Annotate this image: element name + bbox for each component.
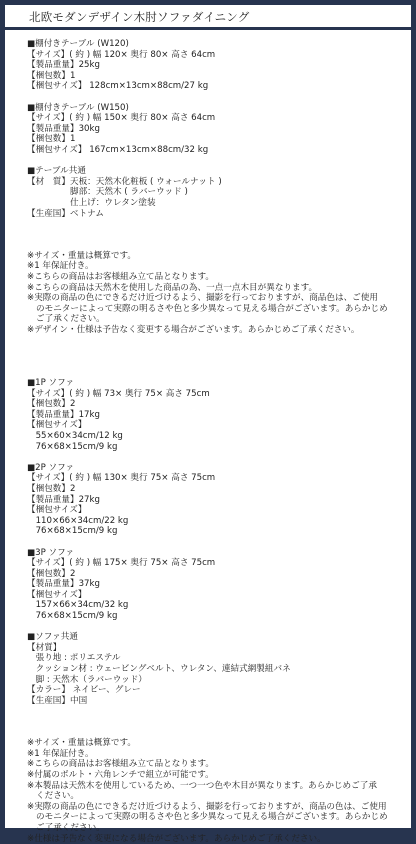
spec-packages: 【梱包数】2: [27, 399, 399, 410]
spec-weight: 【製品重量】25kg: [27, 60, 399, 71]
section-table-w150: ■棚付きテーブル (W150) 【サイズ】( 約 ) 幅 150× 奥行 80×…: [27, 103, 399, 156]
table-notes: ※サイズ・重量は概算です。 ※1 年保証付き。 ※こちらの商品はお客様組み立て品…: [27, 251, 399, 336]
spec-weight: 【製品重量】17kg: [27, 410, 399, 421]
spacer: [27, 219, 399, 240]
spec-package-size-label: 【梱包サイズ】: [27, 505, 399, 516]
spec-content: ■棚付きテーブル (W120) 【サイズ】( 約 ) 幅 120× 奥行 80×…: [27, 39, 399, 832]
spec-packages: 【梱包数】2: [27, 484, 399, 495]
spec-packages: 【梱包数】1: [27, 134, 399, 145]
spec-size: 【サイズ】( 約 ) 幅 150× 奥行 80× 高さ 64cm: [27, 113, 399, 124]
spacer: [27, 336, 399, 357]
spec-weight: 【製品重量】37kg: [27, 579, 399, 590]
spacer: [27, 622, 399, 633]
note: ※1 年保証付き。: [27, 261, 399, 272]
spacer: [27, 537, 399, 548]
note: ※付属のボルト・六角レンチで組立が可能です。: [27, 770, 399, 781]
note: ※実際の商品の色にできるだけ近づけるよう、撮影を行っておりますが、商品色は、ご使…: [27, 293, 399, 304]
spacer: [27, 728, 399, 739]
section-table-w120: ■棚付きテーブル (W120) 【サイズ】( 約 ) 幅 120× 奥行 80×…: [27, 39, 399, 92]
spec-packages: 【梱包数】2: [27, 569, 399, 580]
section-sofa-1p: ■1P ソファ 【サイズ】( 約 ) 幅 73× 奥行 75× 高さ 75cm …: [27, 378, 399, 452]
spacer: [27, 240, 399, 251]
note-continued: ご了承ください。: [27, 314, 399, 325]
spec-package-1: 110×66×34cm/22 kg: [27, 516, 399, 527]
spec-package-size: 【梱包サイズ】 128cm×13cm×88cm/27 kg: [27, 81, 399, 92]
spacer: [27, 706, 399, 727]
spacer: [27, 92, 399, 103]
section-heading: ■棚付きテーブル (W150): [27, 103, 399, 114]
note: ※本製品は天然木を使用しているため、一つ一つ色や木目が異なります。あらかじめご了…: [27, 781, 399, 792]
section-heading: ■ソファ共通: [27, 632, 399, 643]
spec-material-label: 【材質】: [27, 643, 399, 654]
section-sofa-2p: ■2P ソファ 【サイズ】( 約 ) 幅 130× 奥行 75× 高さ 75cm…: [27, 463, 399, 537]
note: ※サイズ・重量は概算です。: [27, 251, 399, 262]
spec-package-1: 157×66×34cm/32 kg: [27, 600, 399, 611]
note: ※1 年保証付き。: [27, 749, 399, 760]
spec-package-size-label: 【梱包サイズ】: [27, 590, 399, 601]
spec-package-2: 76×68×15cm/9 kg: [27, 442, 399, 453]
spec-package-size-label: 【梱包サイズ】: [27, 420, 399, 431]
spec-size: 【サイズ】( 約 ) 幅 130× 奥行 75× 高さ 75cm: [27, 473, 399, 484]
page-title: 北欧モダンデザイン木肘ソファダイニング: [29, 9, 249, 25]
page-frame: 北欧モダンデザイン木肘ソファダイニング ■棚付きテーブル (W120) 【サイズ…: [5, 5, 411, 828]
spec-packages: 【梱包数】1: [27, 71, 399, 82]
section-heading: ■棚付きテーブル (W120): [27, 39, 399, 50]
section-heading: ■テーブル共通: [27, 166, 399, 177]
spec-origin: 【生産国】中国: [27, 696, 399, 707]
section-heading: ■3P ソファ: [27, 548, 399, 559]
note-continued: のモニターによって実際の明るさや色と多少異なって見える場合がございます。あらかじ…: [27, 304, 399, 315]
note: ※こちらの商品はお客様組み立て品となります。: [27, 759, 399, 770]
spec-origin: 【生産国】ベトナム: [27, 209, 399, 220]
spec-material-finish: 仕上げ：ウレタン塗装: [27, 198, 399, 209]
spec-color: 【カラー】 ネイビー、グレー: [27, 685, 399, 696]
spec-weight: 【製品重量】30kg: [27, 124, 399, 135]
spec-package-2: 76×68×15cm/9 kg: [27, 611, 399, 622]
note: ※サイズ・重量は概算です。: [27, 738, 399, 749]
spacer: [27, 357, 399, 378]
spec-package-size: 【梱包サイズ】 167cm×13cm×88cm/32 kg: [27, 145, 399, 156]
spec-material-legs: 脚 : 天然木（ラバーウッド）: [27, 675, 399, 686]
spec-weight: 【製品重量】27kg: [27, 495, 399, 506]
section-heading: ■2P ソファ: [27, 463, 399, 474]
spec-size: 【サイズ】( 約 ) 幅 73× 奥行 75× 高さ 75cm: [27, 389, 399, 400]
spec-material-fabric: 張り地 : ポリエステル: [27, 653, 399, 664]
note: ※デザイン・仕様は予告なく変更する場合がございます。あらかじめご了承ください。: [27, 325, 399, 336]
note-continued: のモニターによって実際の明るさや色と多少異なって見える場合がございます。あらかじ…: [27, 812, 399, 823]
spec-package-2: 76×68×15cm/9 kg: [27, 526, 399, 537]
sofa-notes: ※サイズ・重量は概算です。 ※1 年保証付き。 ※こちらの商品はお客様組み立て品…: [27, 738, 399, 832]
section-table-common: ■テーブル共通 【材 質】天板：天然木化粧板 ( ウォールナット ) 脚部：天然…: [27, 166, 399, 219]
spec-material-top: 【材 質】天板：天然木化粧板 ( ウォールナット ): [27, 177, 399, 188]
spec-material-cushion: クッション材 : ウェービングベルト、ウレタン、連結式網製組バネ: [27, 664, 399, 675]
note-continued: ください。: [27, 791, 399, 802]
note: ※こちらの商品は天然木を使用した商品の為、一点一点木目が異なります。: [27, 283, 399, 294]
spec-size: 【サイズ】( 約 ) 幅 175× 奥行 75× 高さ 75cm: [27, 558, 399, 569]
section-sofa-3p: ■3P ソファ 【サイズ】( 約 ) 幅 175× 奥行 75× 高さ 75cm…: [27, 548, 399, 622]
header: 北欧モダンデザイン木肘ソファダイニング: [5, 5, 411, 27]
spec-material-legs: 脚部：天然木 ( ラバーウッド ): [27, 187, 399, 198]
spec-body: ■棚付きテーブル (W120) 【サイズ】( 約 ) 幅 120× 奥行 80×…: [5, 30, 411, 828]
spacer: [27, 452, 399, 463]
note: ※実際の商品の色にできるだけ近づけるよう、撮影を行っておりますが、商品の色は、ご…: [27, 802, 399, 813]
spec-size: 【サイズ】( 約 ) 幅 120× 奥行 80× 高さ 64cm: [27, 50, 399, 61]
section-heading: ■1P ソファ: [27, 378, 399, 389]
section-sofa-common: ■ソファ共通 【材質】 張り地 : ポリエステル クッション材 : ウェービング…: [27, 632, 399, 706]
note: ※こちらの商品はお客様組み立て品となります。: [27, 272, 399, 283]
note-continued: ご了承ください。: [27, 823, 399, 832]
spec-package-1: 55×60×34cm/12 kg: [27, 431, 399, 442]
spacer: [27, 156, 399, 167]
